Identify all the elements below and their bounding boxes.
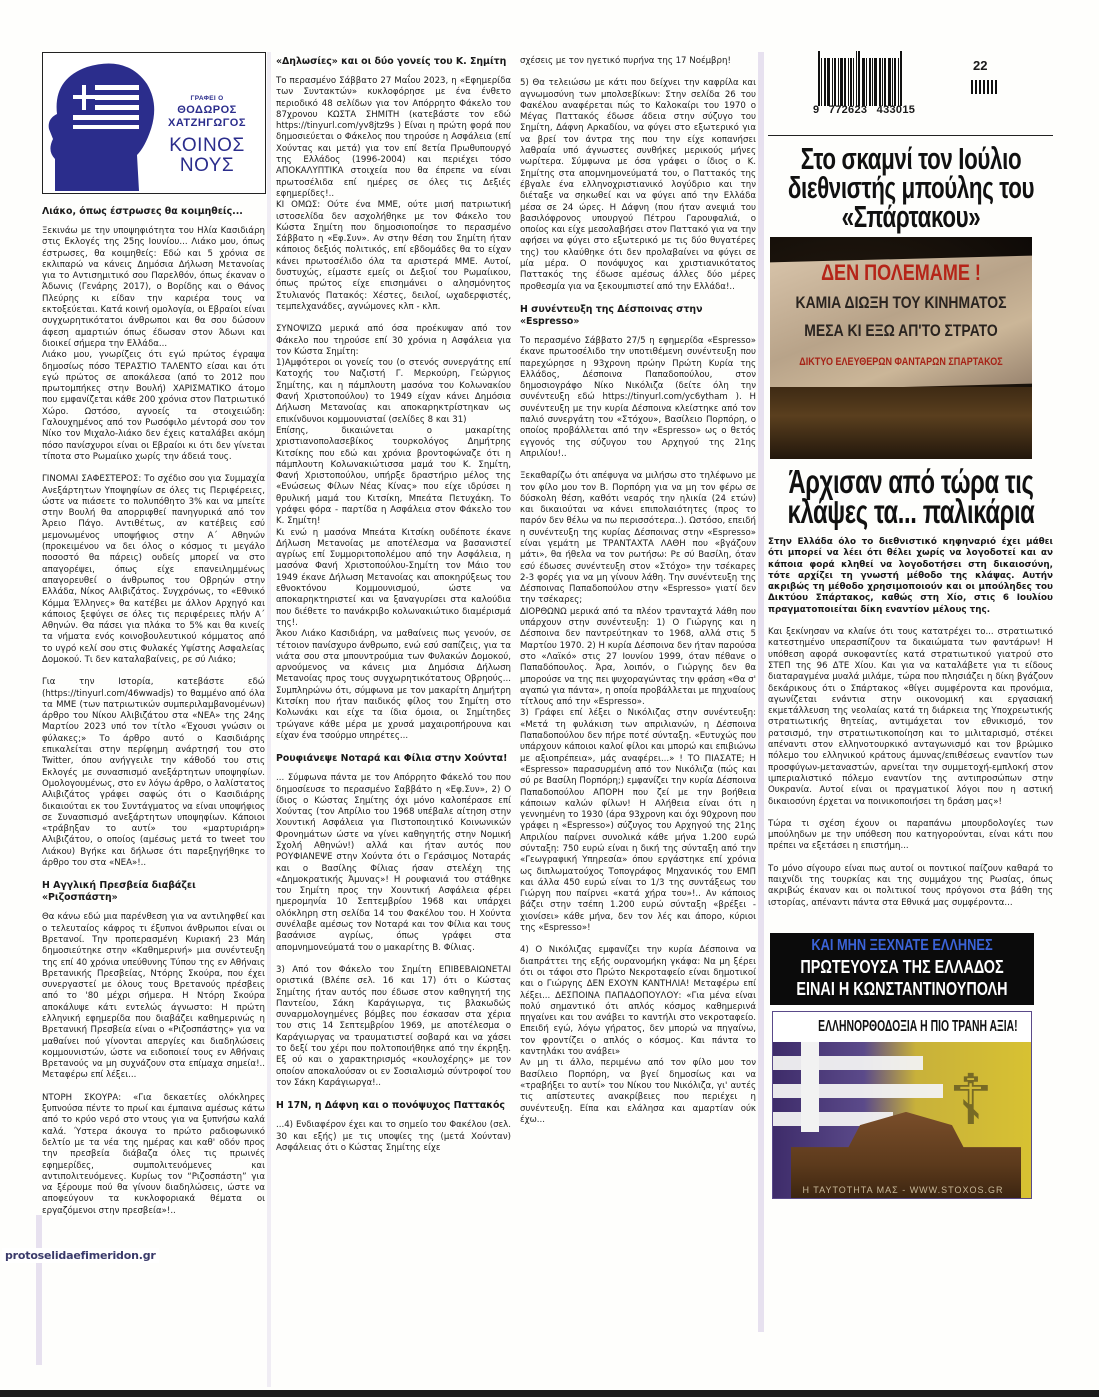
column-divider xyxy=(267,52,271,1387)
column-logo-text: ΓΡΑΦΕΙ Ο ΘΟΔΩΡΟΣ ΧΑΤΖΗΓΩΓΟΣ ΚΟΙΝΟΣ ΝΟΥΣ xyxy=(157,93,257,176)
section-subheading: Η Αγγλική Πρεσβεία διαβάζει «Ριζοσπάστη» xyxy=(42,880,265,904)
ad-line1: ΚΑΙ ΜΗΝ ΞΕΧΝΑΤΕ ΕΛΛΗΝΕΣ xyxy=(796,936,1007,956)
paragraph: Θα κάνω εδώ μια παρένθεση για να αντιληφ… xyxy=(42,912,265,1081)
ad-image: ☦ Η ΤΑΥΤΟΤΗΤΑ ΜΑΣ - WWW.STOXOS.GR xyxy=(773,1042,1032,1199)
newspaper-page: ΓΡΑΦΕΙ Ο ΘΟΔΩΡΟΣ ΧΑΤΖΗΓΩΓΟΣ ΚΟΙΝΟΣ ΝΟΥΣ … xyxy=(0,0,1099,1397)
story-lead: Στην Ελλάδα όλο το διεθνιστικό κηφηναριό… xyxy=(768,537,1053,616)
paragraph: Τώρα τι σχέση έχουν οι παραπάνω μπουρδολ… xyxy=(768,819,1053,853)
paragraph: Κι ενώ η μασόνα Μπεάτα Κιτσίκη ουδέποτε … xyxy=(276,528,511,630)
paragraph: ΔΙΟΡΘΩΝΩ μερικά από τα πλέον τρανταχτά λ… xyxy=(520,607,756,709)
column-accent-stripe xyxy=(36,1215,42,1365)
ad-line3: ΕΙΝΑΙ Η ΚΩΝΣΤΑΝΤΙΝΟΥΠΟΛΗ xyxy=(796,978,1007,1000)
paragraph: ... Σύμφωνα πάντα με τον Απόρρητο Φάκελό… xyxy=(276,773,511,954)
paragraph: σχέσεις με τον ηγετικό πυρήνα της 17 Νοέ… xyxy=(520,56,756,67)
section-heading: «Δηλωσίες» και οι δύο γονείς του Κ. Σημί… xyxy=(276,56,511,68)
paragraph: Το περασμένο Σάββατο 27/5 η εφημερίδα «E… xyxy=(520,336,756,460)
photo-ground xyxy=(770,387,1032,459)
section-subheading: Η 17Ν, η Δάφνη και ο πονόψυχος Παττακός xyxy=(276,1100,511,1112)
site-watermark: protoselidaefimeridon.gr xyxy=(2,1248,159,1263)
author-last-name: ΧΑΤΖΗΓΩΓΟΣ xyxy=(157,117,257,130)
barcode-prefix: 9 xyxy=(813,104,819,116)
paragraph: ΚΙ ΟΜΩΣ: Ούτε ένα ΜΜΕ, ούτε μισή πατριωτ… xyxy=(276,200,511,313)
paragraph: Και ξεκίνησαν να κλαίνε ότι τους κατατρέ… xyxy=(768,627,1053,808)
column-1: ΓΡΑΦΕΙ Ο ΘΟΔΩΡΟΣ ΧΑΤΖΗΓΩΓΟΣ ΚΟΙΝΟΣ ΝΟΥΣ … xyxy=(42,52,265,1217)
author-first-name: ΘΟΔΩΡΟΣ xyxy=(157,104,257,117)
paragraph: Ξεκινάω με την υποψηφιότητα του Ηλία Κασ… xyxy=(42,226,265,350)
banner-text-line2: ΚΑΜΙΑ ΔΙΩΞΗ ΤΟΥ ΚΙΝΗΜΑΤΟΣ xyxy=(794,297,1009,308)
head-silhouette-flag-icon xyxy=(47,59,159,191)
paragraph: Λιάκο μου, γνωρίζεις ότι εγώ πρώτος έγρα… xyxy=(42,350,265,463)
column-title: ΚΟΙΝΟΣ ΝΟΥΣ xyxy=(157,136,257,176)
greek-flag-stripe xyxy=(773,1084,943,1098)
ad-footer: Η ΤΑΥΤΟΤΗΤΑ ΜΑΣ - WWW.STOXOS.GR xyxy=(773,1185,1032,1196)
section-subheading: Η συνέντευξη της Δέσποινας στην «Espress… xyxy=(520,304,756,328)
paragraph: Αν μη τι άλλο, περιμένω από τον φίλο μου… xyxy=(520,1058,756,1126)
paragraph: ΓΙΝΟΜΑΙ ΣΑΦΕΣΤΕΡΟΣ: Το σχέδιο σου για Συ… xyxy=(42,474,265,666)
paragraph: Το περασμένο Σάββατο 27 Μαΐου 2023, η «Ε… xyxy=(276,76,511,200)
quote-paragraph: ΝΤΟΡΗ ΣΚΟΥΡΑ: «Για δεκαετίες ολόκληρες ξ… xyxy=(42,1093,265,1217)
paragraph: 1)Αμφότεροι οι γονείς του (ο στενός συνε… xyxy=(276,358,511,426)
section-subheading: Ρουφιάνεψε Νοταρά και Φίλια στην Χούντα! xyxy=(276,753,511,765)
paragraph: ...4) Ενδιαφέρον έχει και το σημείο του … xyxy=(276,1120,511,1154)
constantinople-ad: ΚΑΙ ΜΗΝ ΞΕΧΝΑΤΕ ΕΛΛΗΝΕΣ ΠΡΩΤΕΥΟΥΣΑ ΤΗΣ Ε… xyxy=(770,933,1034,1005)
column-logo: ΓΡΑΦΕΙ Ο ΘΟΔΩΡΟΣ ΧΑΤΖΗΓΩΓΟΣ ΚΟΙΝΟΣ ΝΟΥΣ xyxy=(42,52,266,194)
page-bottom-border xyxy=(0,1390,1099,1397)
barcode-suffix: 433015 xyxy=(877,104,916,116)
column-2: «Δηλωσίες» και οι δύο γονείς του Κ. Σημί… xyxy=(276,56,511,1154)
paragraph: Ξεκαθαρίζω ότι απέφυγα να μιλήσω στο τηλ… xyxy=(520,471,756,607)
byline-label: ΓΡΑΦΕΙ Ο xyxy=(157,93,257,104)
flag-cross xyxy=(801,1042,819,1132)
barcode-mid: 772623 xyxy=(829,104,868,116)
barcode-icon xyxy=(818,58,958,106)
story-headline: Στο σκαμνί τον Ιούλιο διεθνιστής μπούλης… xyxy=(771,144,1052,231)
paragraph: Επίσης, δικαιώνεται ο μακαρίτης χριστιαν… xyxy=(276,426,511,528)
paragraph: 4) Ο Νικόλιζας εμφανίζει την κυρία Δέσπο… xyxy=(520,945,756,1058)
orthodoxy-ad: ΕΛΛΗΝΟΡΘΟΔΟΞΙΑ Η ΠΙΟ ΤΡΑΝΗ ΑΞΙΑ! ☦ Η ΤΑΥ… xyxy=(772,1011,1032,1199)
protest-banner-photo: ΔΕΝ ΠΟΛΕΜΑΜΕ ! ΚΑΜΙΑ ΔΙΩΞΗ ΤΟΥ ΚΙΝΗΜΑΤΟΣ… xyxy=(770,237,1032,459)
barcode-number: 9 772623 433015 xyxy=(813,105,915,116)
banner-text-line3: ΜΕΣΑ ΚΙ ΕΞΩ ΑΠ'ΤΟ ΣΤΡΑΤΟ xyxy=(794,325,1009,336)
greek-flag-icon xyxy=(773,1056,923,1070)
addon-barcode-icon xyxy=(971,80,999,94)
paragraph: Άκου Λιάκο Κασιδιάρη, να μαθαίνεις πως γ… xyxy=(276,629,511,742)
paragraph: 3) Από τον Φάκελο του Σημίτη ΕΠΙΒΕΒΑΙΩΝΕ… xyxy=(276,965,511,1089)
column-3: σχέσεις με τον ηγετικό πυρήνα της 17 Νοέ… xyxy=(520,56,756,1126)
section-heading: Λιάκο, όπως έστρωσες θα κοιμηθείς... xyxy=(42,206,265,218)
column-4: 9 772623 433015 22 Στο σκαμνί τον Ιούλιο… xyxy=(768,52,1053,1199)
paragraph: ΣΥΝΟΨΙΖΩ μερικά από όσα προέκυψαν από το… xyxy=(276,324,511,358)
paragraph: Το μόνο σίγουρο είναι πως αυτοί οι ποντι… xyxy=(768,864,1053,909)
barcode-area: 9 772623 433015 22 xyxy=(768,52,1053,136)
ad-line2: ΠΡΩΤΕΥΟΥΣΑ ΤΗΣ ΕΛΛΑΔΟΣ xyxy=(796,956,1007,978)
issue-number: 22 xyxy=(973,60,987,71)
paragraph: 3) Γράφει επί λέξει ο Νικόλιζας στην συν… xyxy=(520,708,756,934)
paragraph: Για την Ιστορία, κατεβάστε εδώ (https://… xyxy=(42,677,265,869)
banner-text-line1: ΔΕΝ ΠΟΛΕΜΑΜΕ ! xyxy=(794,267,1009,278)
story-headline: Άρχισαν από τώρα τις κλάψες τα... παλικά… xyxy=(771,467,1052,527)
ad-title: ΕΛΛΗΝΟΡΘΟΔΟΞΙΑ Η ΠΙΟ ΤΡΑΝΗ ΑΞΙΑ! xyxy=(818,1012,986,1042)
column-title-line2: ΝΟΥΣ xyxy=(157,156,257,176)
column-title-line1: ΚΟΙΝΟΣ xyxy=(157,136,257,156)
column-accent-stripe xyxy=(758,52,764,1332)
paragraph: 5) Θα τελειώσω με κάτι που δείχνει την κ… xyxy=(520,78,756,293)
banner-text-line4: ΔΙΚΤΥΟ ΕΛΕΥΘΕΡΩΝ ΦΑΝΤΑΡΩΝ ΣΠΑΡΤΑΚΟΣ xyxy=(794,357,1009,368)
